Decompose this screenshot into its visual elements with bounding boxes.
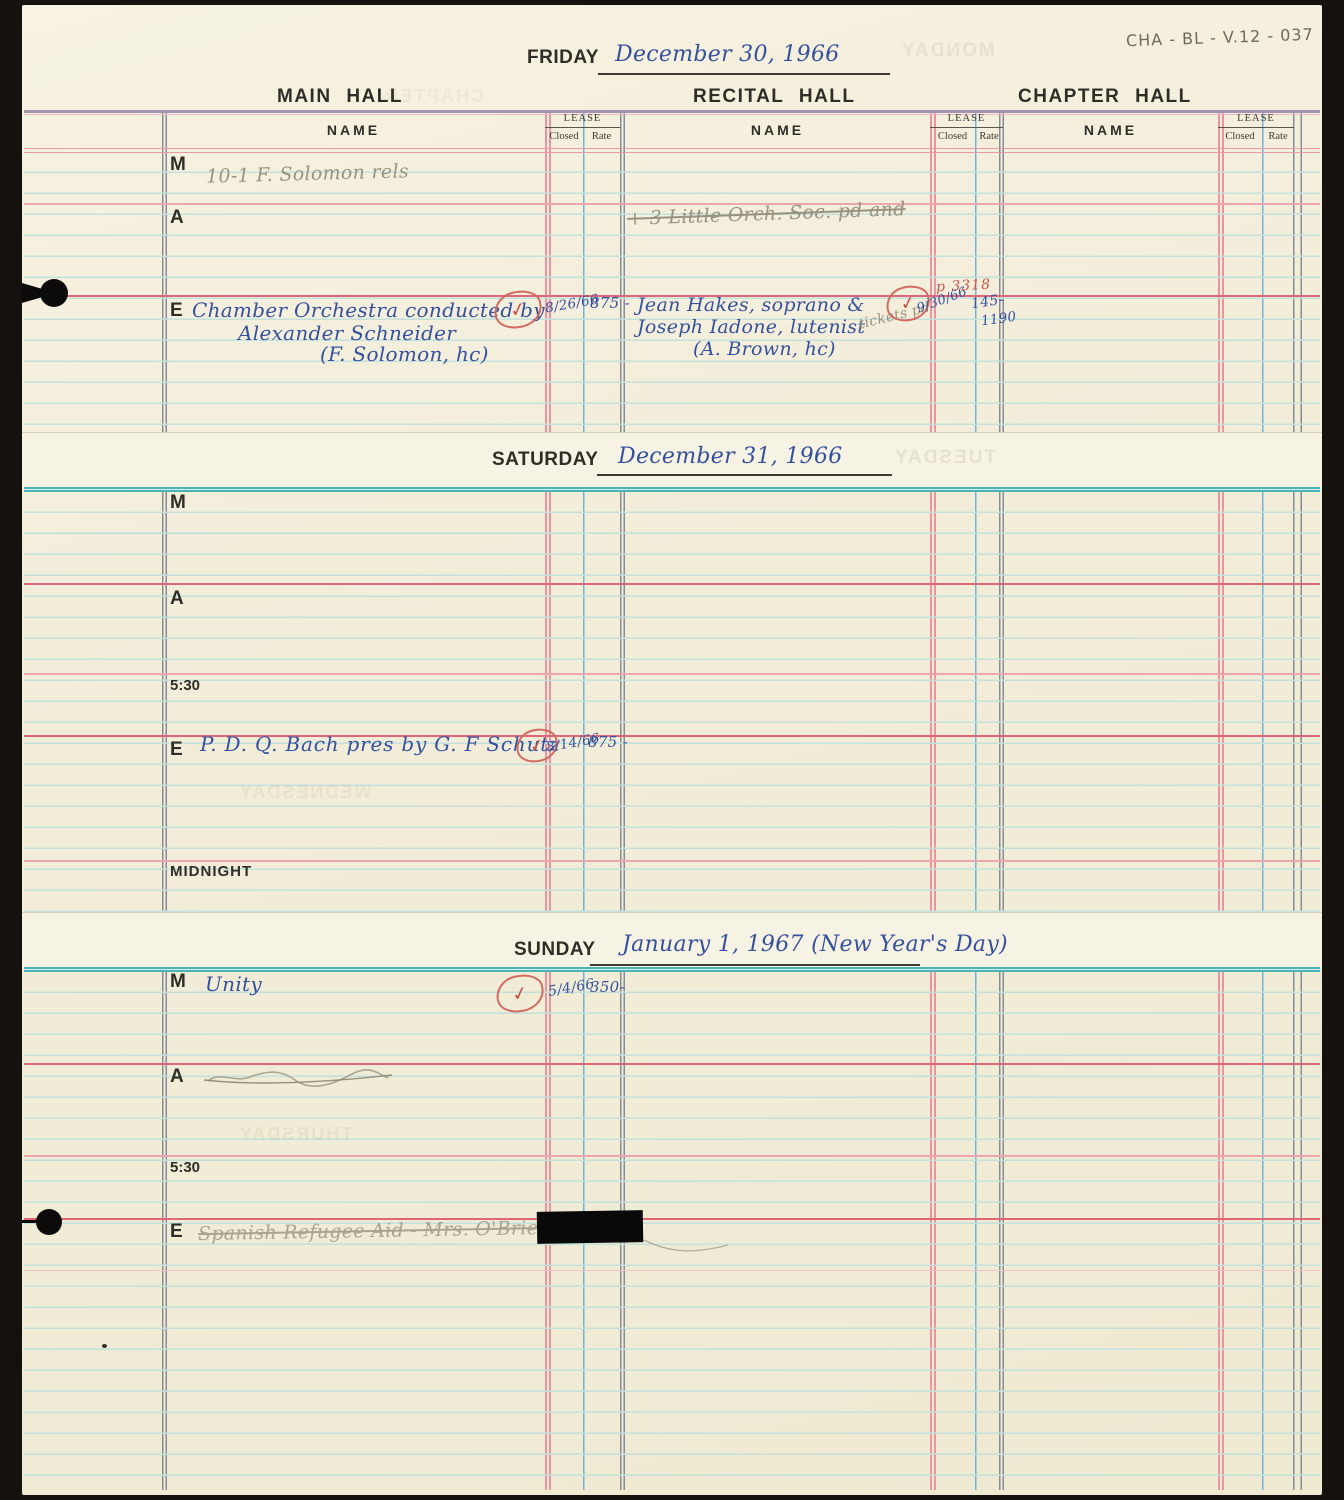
day-date-saturday: December 31, 1966 — [618, 444, 843, 469]
date-underline — [598, 73, 890, 75]
hall-title-main: MAIN HALL — [277, 86, 403, 108]
row-label-m: M — [170, 971, 186, 993]
row-label-m: M — [170, 492, 186, 514]
rule-line — [24, 114, 1320, 115]
rate-header: Rate — [583, 131, 620, 142]
booking-entry: Jean Hakes, soprano & — [637, 294, 865, 316]
row-label-530: 5:30 — [170, 1159, 200, 1176]
rule-line — [24, 1270, 1320, 1271]
booking-entry: (F. Solomon, hc) — [320, 342, 489, 366]
lease-rate: 875 - — [590, 294, 630, 312]
rule-line — [24, 1155, 1320, 1157]
scanned-ledger-page: MONDAY CHAPTER TUESDAY WEDNESDAY THURSDA… — [0, 0, 1344, 1500]
lease-box-line — [545, 127, 620, 128]
bleedthrough-text: THURSDAY — [238, 1124, 352, 1145]
rule-line — [24, 673, 1320, 675]
rule-line — [24, 110, 1320, 113]
rule-line — [24, 203, 1320, 205]
rule-line — [24, 152, 1320, 153]
row-label-530: 5:30 — [170, 677, 200, 694]
check-icon: ✓ — [510, 981, 530, 1006]
name-header-main: NAME — [162, 122, 545, 138]
day-label-sunday: SUNDAY — [514, 939, 596, 961]
friday-grid — [24, 152, 1320, 432]
closed-header: Closed — [545, 131, 583, 142]
row-label-e: E — [170, 300, 183, 322]
rate-header: Rate — [1262, 131, 1294, 142]
day-date-friday: December 30, 1966 — [615, 42, 840, 67]
lease-box-line — [1218, 127, 1294, 128]
row-label-a: A — [170, 588, 184, 610]
day-date-sunday: January 1, 1967 (New Year's Day) — [622, 932, 1008, 957]
booking-entry: Unity — [205, 972, 262, 996]
day-label-saturday: SATURDAY — [492, 449, 598, 471]
name-header-recital: NAME — [625, 122, 930, 138]
hole-punch — [36, 1209, 62, 1235]
day-label-friday: FRIDAY — [527, 47, 599, 69]
lease-header-main: LEASE — [545, 113, 620, 124]
bleedthrough-text: MONDAY — [900, 40, 995, 62]
rule-line — [24, 583, 1320, 585]
check-icon: ✓ — [508, 297, 528, 322]
lease-rate: 350- — [590, 978, 625, 996]
paper-speck — [102, 1344, 107, 1348]
booking-entry: Joseph Iadone, lutenist — [637, 316, 865, 338]
lease-box-line — [930, 127, 1003, 128]
rule-line — [24, 487, 1320, 492]
hole-punch — [40, 279, 68, 307]
rule-line — [24, 148, 1320, 149]
closed-header: Closed — [1218, 131, 1262, 142]
row-label-midnight: MIDNIGHT — [170, 863, 252, 880]
bleedthrough-text: WEDNESDAY — [238, 782, 371, 803]
illegible-scribble — [200, 1063, 400, 1091]
lease-header-recital: LEASE — [930, 113, 1003, 124]
date-underline — [590, 964, 920, 966]
pencil-tail-mark — [642, 1236, 732, 1258]
booking-entry: Chamber Orchestra conducted by — [192, 298, 545, 322]
lease-header-chapter: LEASE — [1218, 113, 1294, 124]
rate-header: Rate — [975, 131, 1003, 142]
rule-line — [24, 1218, 1320, 1220]
name-header-chapter: NAME — [1003, 122, 1218, 138]
row-label-a: A — [170, 1066, 184, 1088]
bleedthrough-text: TUESDAY — [893, 447, 996, 469]
redaction-box — [537, 1210, 644, 1244]
saturday-grid — [24, 492, 1320, 912]
lease-rate: 875 - — [588, 733, 628, 751]
row-label-e: E — [170, 1221, 183, 1243]
booking-entry: P. D. Q. Bach pres by G. F Schutz — [200, 732, 560, 756]
row-label-m: M — [170, 154, 186, 176]
row-label-e: E — [170, 739, 183, 761]
hall-title-chapter: CHAPTER HALL — [1018, 86, 1192, 108]
closed-header: Closed — [930, 131, 975, 142]
date-underline — [597, 474, 892, 476]
check-icon: ✓ — [528, 734, 546, 757]
hall-title-recital: RECITAL HALL — [693, 86, 856, 108]
rule-line — [24, 860, 1320, 862]
booking-entry: (A. Brown, hc) — [693, 338, 836, 360]
row-label-a: A — [170, 207, 184, 229]
